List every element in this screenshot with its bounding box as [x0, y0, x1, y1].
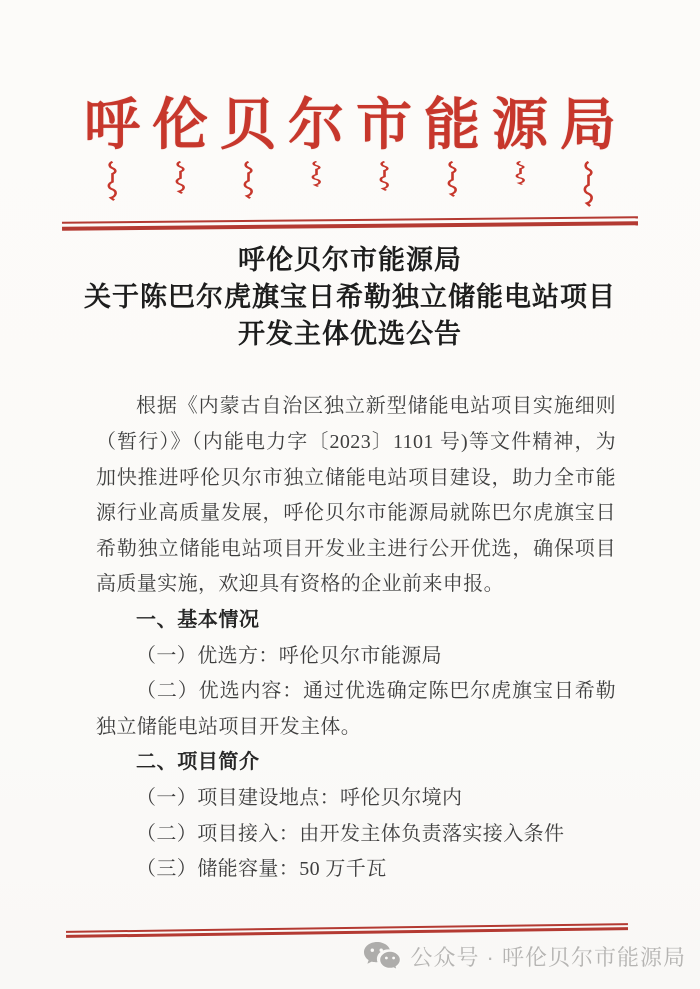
section-2-heading: 二、项目简介	[96, 745, 616, 781]
letterhead-column: 市	[356, 96, 412, 207]
letterhead-column: 源	[492, 96, 548, 207]
intro-paragraph: 根据《内蒙古自治区独立新型储能电站项目实施细则（暂行）》（内能电力字〔2023〕…	[96, 389, 616, 603]
document-page: 呼 伦 贝 尔	[0, 0, 700, 989]
section-1-item-1: （一）优选方：呼伦贝尔市能源局	[96, 639, 616, 675]
mongolian-script-icon	[106, 161, 119, 201]
org-name-char: 尔	[288, 96, 344, 156]
mongolian-script-icon	[514, 161, 527, 185]
wechat-account-label: 公众号 · 呼伦贝尔市能源局	[410, 941, 686, 972]
page-bottom-divider	[66, 923, 628, 938]
title-line-3: 开发主体优选公告	[60, 316, 640, 353]
letterhead-column: 伦	[152, 96, 208, 207]
letterhead-column: 尔	[288, 96, 344, 207]
mongolian-script-icon	[446, 161, 459, 197]
org-name-char: 市	[356, 96, 412, 156]
letterhead-column: 呼	[84, 96, 140, 207]
document-body: 根据《内蒙古自治区独立新型储能电站项目实施细则（暂行）》（内能电力字〔2023〕…	[96, 389, 616, 887]
document-title: 呼伦贝尔市能源局 关于陈巴尔虎旗宝日希勒独立储能电站项目 开发主体优选公告	[60, 242, 640, 353]
section-2-item-1: （一）项目建设地点：呼伦贝尔境内	[96, 781, 616, 817]
letterhead-divider	[62, 217, 638, 232]
mongolian-script-icon	[310, 161, 323, 187]
title-line-2: 关于陈巴尔虎旗宝日希勒独立储能电站项目	[60, 279, 640, 316]
letterhead-column: 局	[560, 96, 616, 207]
section-1-item-2: （二）优选内容：通过优选确定陈巴尔虎旗宝日希勒独立储能电站项目开发主体。	[96, 674, 616, 745]
org-name-char: 局	[560, 96, 616, 156]
section-2-item-2: （二）项目接入：由开发主体负责落实接入条件	[96, 817, 616, 853]
mongolian-script-icon	[242, 161, 255, 199]
section-2-item-3: （三）储能容量：50 万千瓦	[96, 852, 616, 888]
letterhead: 呼 伦 贝 尔	[60, 0, 640, 207]
title-line-1: 呼伦贝尔市能源局	[60, 242, 640, 279]
org-name-char: 能	[424, 96, 480, 156]
letterhead-column: 贝	[220, 96, 276, 207]
org-name-char: 贝	[220, 96, 276, 156]
document-content: 呼 伦 贝 尔	[0, 0, 700, 888]
section-1-heading: 一、基本情况	[96, 603, 616, 639]
letterhead-column: 能	[424, 96, 480, 207]
mongolian-script-icon	[378, 161, 391, 191]
mongolian-script-icon	[582, 161, 595, 207]
org-name-char: 呼	[84, 96, 140, 156]
wechat-icon	[363, 941, 401, 972]
wechat-watermark: 公众号 · 呼伦贝尔市能源局	[0, 941, 686, 972]
org-name-char: 源	[492, 96, 548, 156]
mongolian-script-icon	[174, 161, 187, 194]
org-name-char: 伦	[152, 96, 208, 156]
